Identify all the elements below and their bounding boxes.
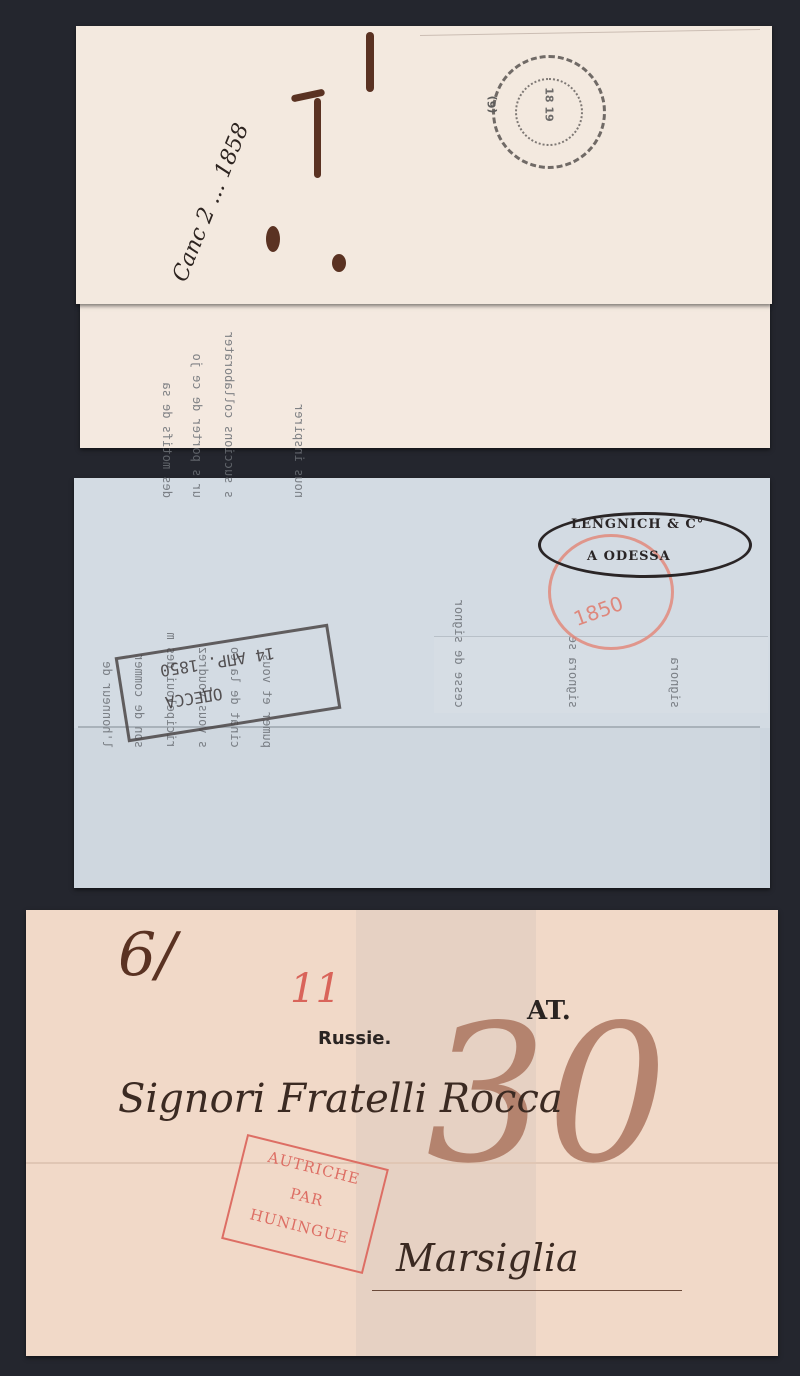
boxed-handstamp-city: ОДЕССА [164, 684, 224, 712]
printed-text: l'honneur de [100, 661, 114, 748]
manuscript-rate-mark: 6/ [118, 920, 176, 990]
printed-text: nous inspirer [292, 404, 306, 498]
printed-text: des motifs de sa [160, 382, 174, 498]
printed-text: signora [668, 657, 682, 708]
cover-2-lower-panel [78, 726, 760, 888]
manuscript-note: Canc 2 ... 1858 [168, 120, 254, 285]
cover-1-front-panel: 18 19 (6) Canc 2 ... 1858 [76, 26, 772, 304]
boxed-handstamp-date: 14 АПР. 1850 [159, 643, 276, 680]
printed-text: ur s porter de ce jo [190, 354, 204, 499]
printed-text: signora se [566, 636, 580, 708]
oval-handstamp-top-text: LENGNICH & C° [571, 517, 704, 532]
postmark-date: 18 19 [543, 51, 556, 159]
printed-text: s succions collaborater [222, 332, 236, 498]
at-handstamp: AT. [527, 996, 571, 1026]
oval-merchant-handstamp: LENGNICH & C° A ODESSA [538, 512, 752, 578]
red-rate-marking: 11 [290, 966, 341, 1012]
postmark-side-text: (6) [485, 96, 498, 114]
ink-blot [332, 254, 346, 272]
addressee-name: Signori Fratelli Rocca [118, 1076, 563, 1122]
circular-date-postmark: 18 19 (6) [492, 55, 606, 169]
red-postmark-year: 1850 [570, 591, 626, 631]
cover-1-flap-edge [420, 19, 760, 36]
ink-blot [266, 226, 280, 252]
pen-stroke [366, 32, 374, 92]
destination-city: Marsiglia [396, 1236, 579, 1280]
russie-handstamp: Russie. [318, 1028, 391, 1049]
cover-1-back-panel [80, 304, 770, 448]
pen-stroke [314, 98, 321, 178]
printed-text: cesse de signor [452, 600, 466, 708]
oval-handstamp-bottom-text: A ODESSA [587, 549, 671, 564]
city-underline [372, 1290, 682, 1291]
